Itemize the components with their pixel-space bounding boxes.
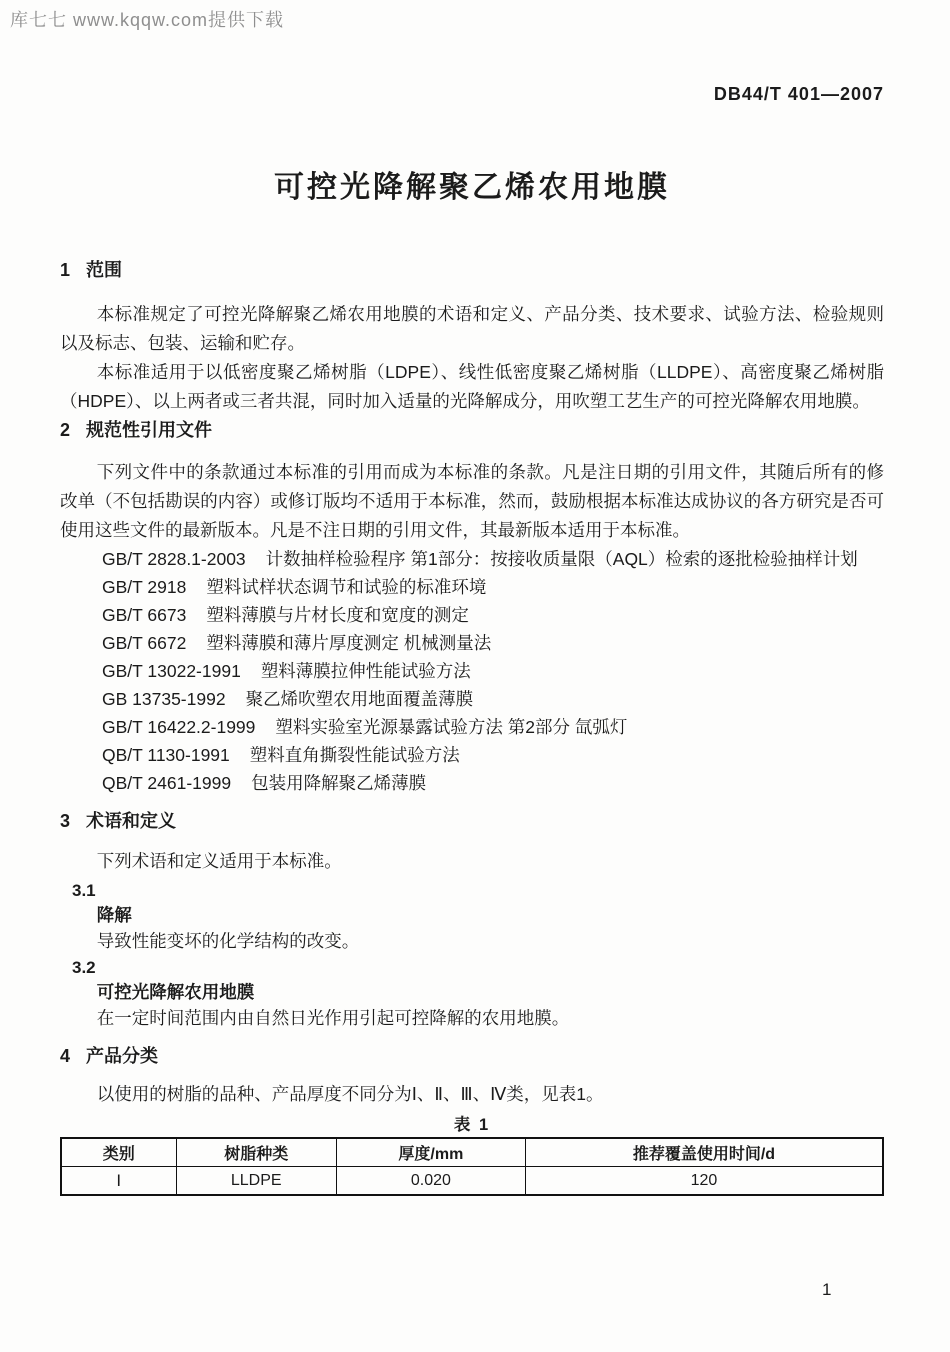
section-1-paragraph-2: 本标准适用于以低密度聚乙烯树脂（LDPE）、线性低密度聚乙烯树脂（LLDPE）、… — [60, 358, 884, 416]
term-name: 降解 — [60, 902, 884, 928]
reference-code: GB/T 6673 — [102, 605, 186, 625]
reference-item: GB/T 6673塑料薄膜与片材长度和宽度的测定 — [60, 601, 884, 629]
section-3-title: 术语和定义 — [86, 811, 176, 831]
reference-item: GB 13735-1992聚乙烯吹塑农用地面覆盖薄膜 — [60, 685, 884, 713]
reference-item: GB/T 13022-1991塑料薄膜拉伸性能试验方法 — [60, 657, 884, 685]
page-number: 1 — [822, 1280, 831, 1300]
table-header-resin-type: 树脂种类 — [176, 1138, 336, 1167]
section-2-title: 规范性引用文件 — [86, 420, 212, 440]
reference-item: QB/T 1130-1991塑料直角撕裂性能试验方法 — [60, 741, 884, 769]
reference-code: GB/T 13022-1991 — [102, 661, 241, 681]
reference-item: QB/T 2461-1999包装用降解聚乙烯薄膜 — [60, 769, 884, 797]
cell-category: Ⅰ — [61, 1167, 176, 1196]
document-title: 可控光降解聚乙烯农用地膜 — [60, 168, 884, 208]
section-1-number: 1 — [60, 260, 70, 280]
section-3-number: 3 — [60, 811, 70, 831]
cell-cover-time: 120 — [525, 1167, 883, 1196]
table-header-thickness: 厚度/mm — [336, 1138, 525, 1167]
reference-title: 塑料薄膜和薄片厚度测定 机械测量法 — [206, 633, 491, 653]
reference-item: GB/T 6672塑料薄膜和薄片厚度测定 机械测量法 — [60, 629, 884, 657]
section-1-paragraph-1: 本标准规定了可控光降解聚乙烯农用地膜的术语和定义、产品分类、技术要求、试验方法、… — [60, 300, 884, 358]
term-clause-number: 3.2 — [60, 957, 884, 979]
table-row: Ⅰ LLDPE 0.020 120 — [61, 1167, 883, 1196]
reference-title: 塑料薄膜拉伸性能试验方法 — [261, 661, 471, 681]
reference-code: GB/T 2918 — [102, 577, 186, 597]
reference-title: 聚乙烯吹塑农用地面覆盖薄膜 — [246, 689, 474, 709]
reference-code: QB/T 1130-1991 — [102, 745, 230, 765]
reference-title: 包装用降解聚乙烯薄膜 — [251, 773, 426, 793]
reference-code: GB/T 2828.1-2003 — [102, 549, 246, 569]
reference-title: 塑料实验室光源暴露试验方法 第2部分 氙弧灯 — [275, 717, 627, 737]
table-1: 类别 树脂种类 厚度/mm 推荐覆盖使用时间/d Ⅰ LLDPE 0.020 1… — [60, 1137, 884, 1196]
reference-code: QB/T 2461-1999 — [102, 773, 231, 793]
section-3-heading: 3术语和定义 — [60, 809, 884, 833]
cell-resin-type: LLDPE — [176, 1167, 336, 1196]
reference-code: GB/T 6672 — [102, 633, 186, 653]
page-content: DB44/T 401—2007 可控光降解聚乙烯农用地膜 1范围 本标准规定了可… — [60, 0, 884, 1196]
reference-code: GB 13735-1992 — [102, 689, 226, 709]
term-definition: 在一定时间范围内由自然日光作用引起可控降解的农用地膜。 — [60, 1005, 884, 1032]
term-definition: 导致性能变坏的化学结构的改变。 — [60, 928, 884, 955]
section-1-title: 范围 — [86, 260, 122, 280]
section-3-intro: 下列术语和定义适用于本标准。 — [60, 847, 884, 876]
section-2-heading: 2规范性引用文件 — [60, 418, 884, 442]
table-header-cover-time: 推荐覆盖使用时间/d — [525, 1138, 883, 1167]
document-page: 库七七 www.kqqw.com提供下载 DB44/T 401—2007 可控光… — [0, 0, 950, 1352]
reference-code: GB/T 16422.2-1999 — [102, 717, 255, 737]
standard-number: DB44/T 401—2007 — [60, 0, 884, 104]
section-4-title: 产品分类 — [86, 1046, 158, 1066]
reference-item: GB/T 16422.2-1999塑料实验室光源暴露试验方法 第2部分 氙弧灯 — [60, 713, 884, 741]
section-2-intro: 下列文件中的条款通过本标准的引用而成为本标准的条款。凡是注日期的引用文件，其随后… — [60, 458, 884, 545]
term-clause-number: 3.1 — [60, 880, 884, 902]
section-1-heading: 1范围 — [60, 258, 884, 282]
cell-thickness: 0.020 — [336, 1167, 525, 1196]
table-header-row: 类别 树脂种类 厚度/mm 推荐覆盖使用时间/d — [61, 1138, 883, 1167]
section-2-number: 2 — [60, 420, 70, 440]
reference-item: GB/T 2828.1-2003计数抽样检验程序 第1部分：按接收质量限（AQL… — [60, 545, 884, 573]
section-4-heading: 4产品分类 — [60, 1044, 884, 1068]
reference-item: GB/T 2918塑料试样状态调节和试验的标准环境 — [60, 573, 884, 601]
table-header-category: 类别 — [61, 1138, 176, 1167]
section-4-number: 4 — [60, 1046, 70, 1066]
table-1-caption: 表 1 — [60, 1115, 884, 1135]
term-name: 可控光降解农用地膜 — [60, 979, 884, 1005]
reference-title: 计数抽样检验程序 第1部分：按接收质量限（AQL）检索的逐批检验抽样计划 — [266, 549, 858, 569]
reference-title: 塑料薄膜与片材长度和宽度的测定 — [206, 605, 469, 625]
section-4-paragraph: 以使用的树脂的品种、产品厚度不同分为Ⅰ、Ⅱ、Ⅲ、Ⅳ类，见表1。 — [60, 1080, 884, 1109]
reference-title: 塑料直角撕裂性能试验方法 — [250, 745, 460, 765]
reference-title: 塑料试样状态调节和试验的标准环境 — [206, 577, 486, 597]
